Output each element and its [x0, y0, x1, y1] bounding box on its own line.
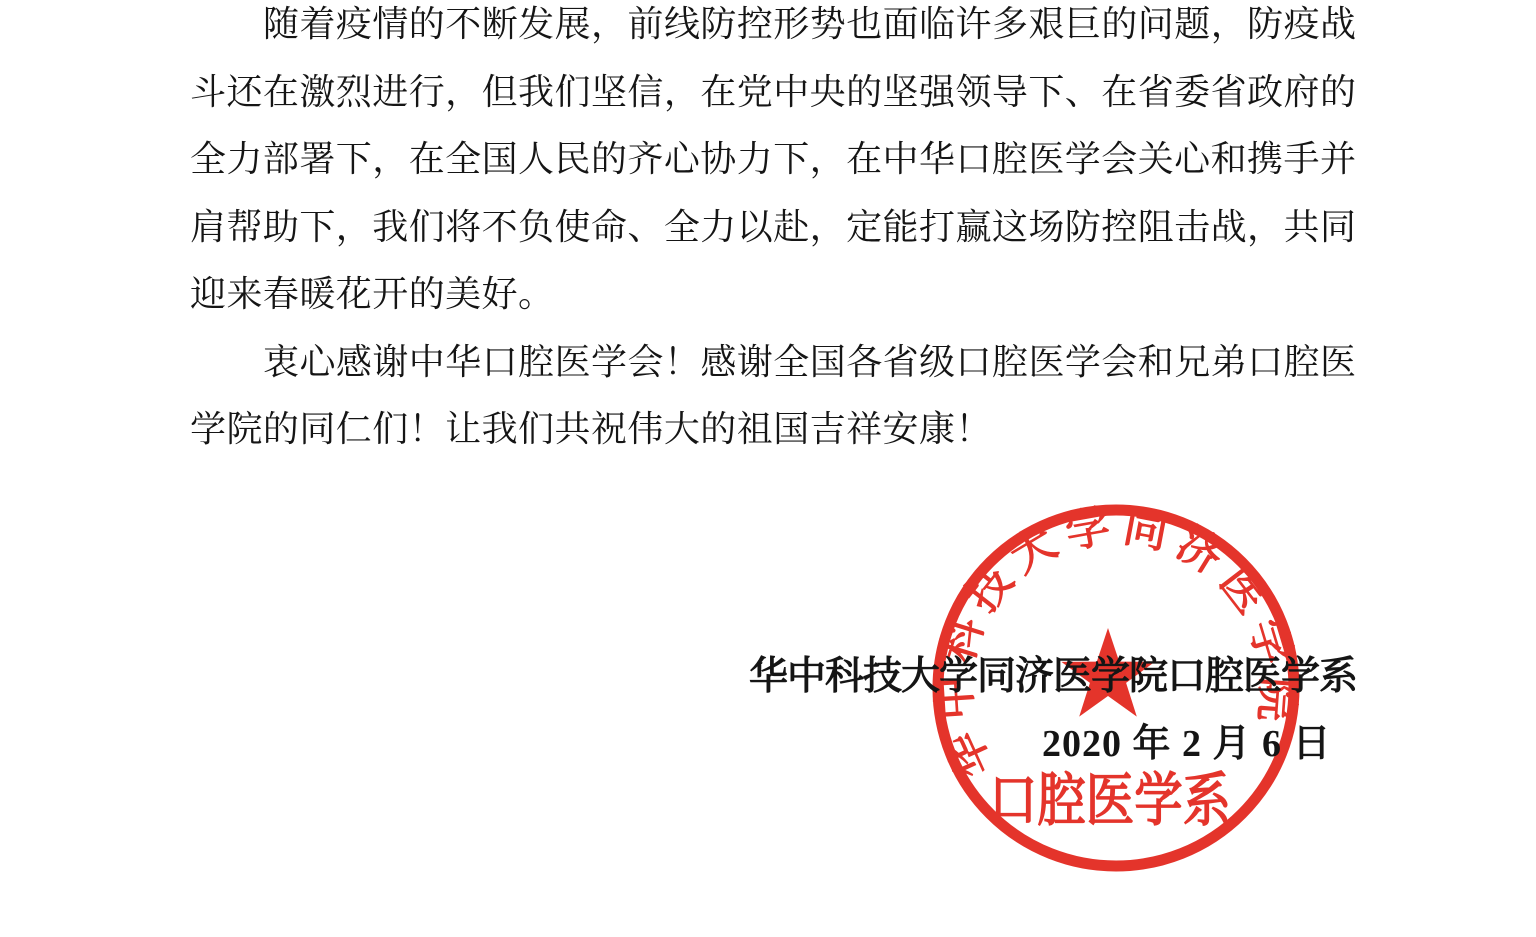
letter-line: 随着疫情的不断发展，前线防控形势也面临许多艰巨的问题，防疫战 — [190, 0, 1358, 59]
letter-line: 全力部署下，在全国人民的齐心协力下，在中华口腔医学会关心和携手并 — [190, 126, 1358, 194]
letter-line: 斗还在激烈进行，但我们坚信，在党中央的坚强领导下、在省委省政府的 — [190, 59, 1358, 127]
letter-line: 迎来春暖花开的美好。 — [190, 261, 1358, 329]
letter-line: 肩帮助下，我们将不负使命、全力以赴，定能打赢这场防控阻击战，共同 — [190, 194, 1358, 262]
date-line: 2020 年 2 月 6 日 — [1042, 712, 1332, 767]
letter-line: 衷心感谢中华口腔医学会！感谢全国各省级口腔医学会和兄弟口腔医 — [190, 329, 1358, 397]
letter-body: 随着疫情的不断发展，前线防控形势也面临许多艰巨的问题，防疫战 斗还在激烈进行，但… — [190, 0, 1358, 464]
signature: 华中科技大学同济医学院口腔医学系 — [749, 645, 1357, 701]
letter-line: 学院的同仁们！让我们共祝伟大的祖国吉祥安康！ — [190, 396, 1358, 464]
seal-bottom-text: 口腔医学系 — [989, 768, 1231, 833]
letter-page: 华中科技大学同济医学院 口腔医学系 随着疫情的不断发展，前线防控形势也面临许多艰… — [0, 0, 1536, 937]
